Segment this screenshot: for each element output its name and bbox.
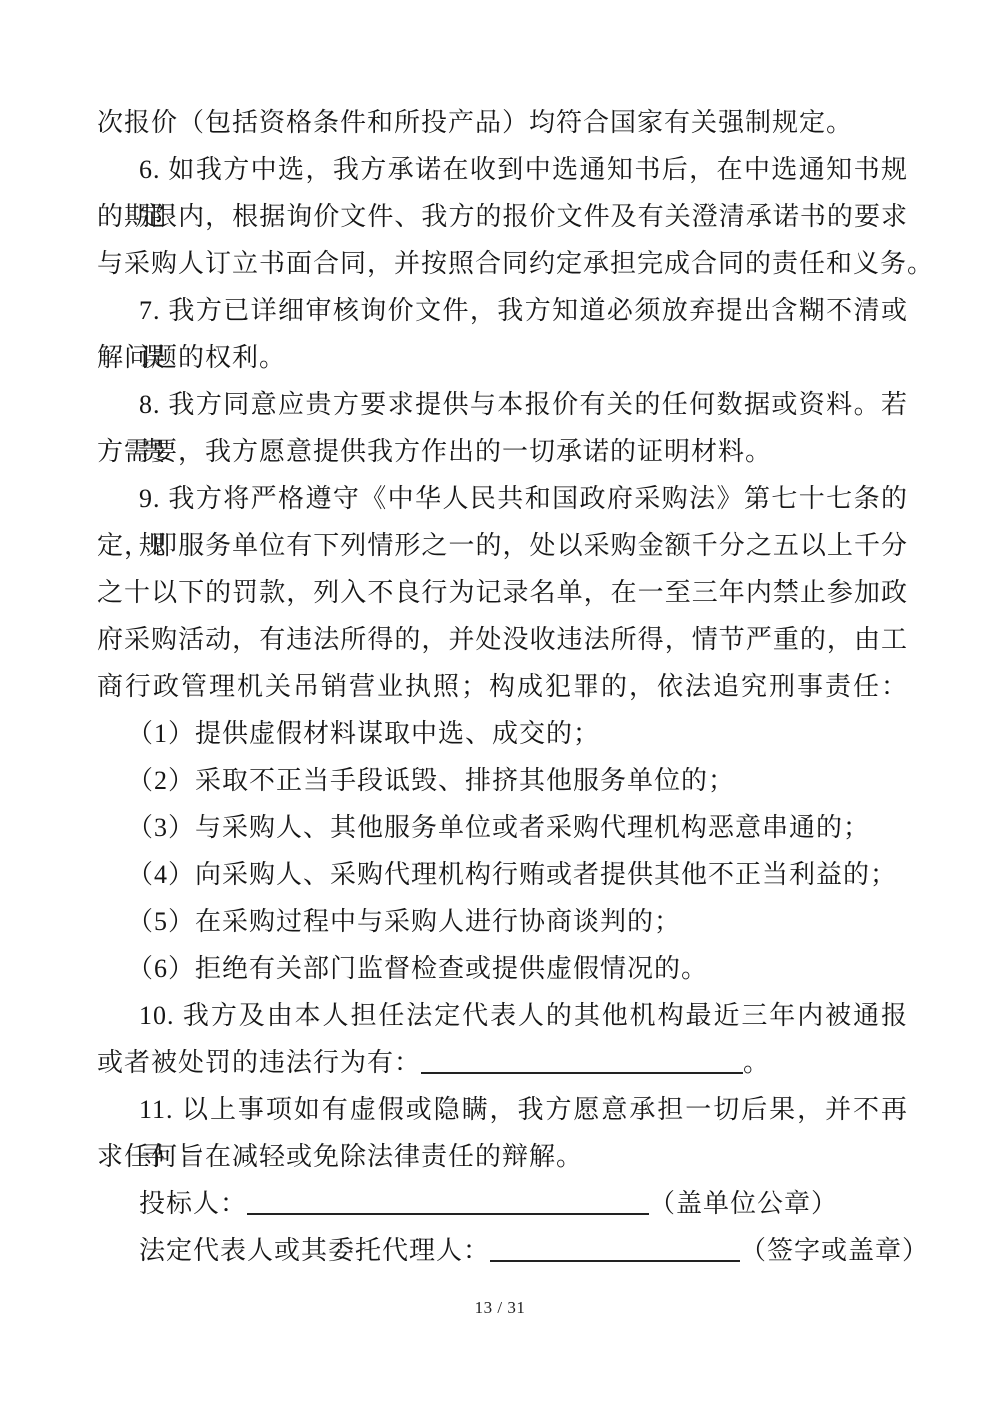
document-body: 次报价（包括资格条件和所投产品）均符合国家有关强制规定。 6. 如我方中选，我方… xyxy=(0,0,1000,1274)
violations-label: 或者被处罚的违法行为有： xyxy=(97,1048,421,1077)
doc-line-3: 的期限内，根据询价文件、我方的报价文件及有关澄清承诺书的要求 xyxy=(97,193,908,240)
doc-line-25-legal-rep-signature: 法定代表人或其委托代理人：（签字或盖章） xyxy=(97,1227,908,1274)
doc-line-11: 之十以下的罚款，列入不良行为记录名单，在一至三年内禁止参加政 xyxy=(97,569,908,616)
doc-line-16-subitem-3: （3）与采购人、其他服务单位或者采购代理机构恶意串通的； xyxy=(97,804,908,851)
doc-line-23: 求任何旨在减轻或免除法律责任的辩解。 xyxy=(97,1133,908,1180)
legal-rep-signature-underline xyxy=(490,1260,740,1262)
document-page: 次报价（包括资格条件和所投产品）均符合国家有关强制规定。 6. 如我方中选，我方… xyxy=(0,0,1000,1414)
legal-rep-label: 法定代表人或其委托代理人： xyxy=(139,1236,490,1265)
doc-line-6: 解问题的权利。 xyxy=(97,334,908,381)
doc-line-20-clause-10: 10. 我方及由本人担任法定代表人的其他机构最近三年内被通报 xyxy=(97,992,908,1039)
doc-line-18-subitem-5: （5）在采购过程中与采购人进行协商谈判的； xyxy=(97,898,908,945)
doc-line-15-subitem-2: （2）采取不正当手段诋毁、排挤其他服务单位的； xyxy=(97,757,908,804)
violations-period: 。 xyxy=(743,1048,770,1077)
bidder-seal-note: （盖单位公章） xyxy=(649,1189,838,1218)
bidder-signature-underline xyxy=(247,1213,649,1215)
doc-line-5-clause-7: 7. 我方已详细审核询价文件，我方知道必须放弃提出含糊不清或误 xyxy=(97,287,908,334)
doc-line-24-bidder-signature: 投标人：（盖单位公章） xyxy=(97,1180,908,1227)
doc-line-22-clause-11: 11. 以上事项如有虚假或隐瞒，我方愿意承担一切后果，并不再寻 xyxy=(97,1086,908,1133)
bidder-label: 投标人： xyxy=(139,1189,247,1218)
doc-line-7-clause-8: 8. 我方同意应贵方要求提供与本报价有关的任何数据或资料。若贵 xyxy=(97,381,908,428)
doc-line-10: 定，即服务单位有下列情形之一的，处以采购金额千分之五以上千分 xyxy=(97,522,908,569)
doc-line-14-subitem-1: （1）提供虚假材料谋取中选、成交的； xyxy=(97,710,908,757)
doc-line-12: 府采购活动，有违法所得的，并处没收违法所得，情节严重的，由工 xyxy=(97,616,908,663)
doc-line-4: 与采购人订立书面合同，并按照合同约定承担完成合同的责任和义务。 xyxy=(97,240,908,287)
doc-line-2-clause-6: 6. 如我方中选，我方承诺在收到中选通知书后，在中选通知书规定 xyxy=(97,146,908,193)
doc-line-9-clause-9: 9. 我方将严格遵守《中华人民共和国政府采购法》第七十七条的规 xyxy=(97,475,908,522)
doc-line-13: 商行政管理机关吊销营业执照；构成犯罪的，依法追究刑事责任： xyxy=(97,663,908,710)
doc-line-19-subitem-6: （6）拒绝有关部门监督检查或提供虚假情况的。 xyxy=(97,945,908,992)
violations-blank-underline xyxy=(421,1072,743,1074)
legal-rep-seal-note: （签字或盖章） xyxy=(740,1236,929,1265)
page-number: 13 / 31 xyxy=(0,1296,1000,1320)
doc-line-8: 方需要，我方愿意提供我方作出的一切承诺的证明材料。 xyxy=(97,428,908,475)
doc-line-21-violations-blank: 或者被处罚的违法行为有：。 xyxy=(97,1039,908,1086)
doc-line-17-subitem-4: （4）向采购人、采购代理机构行贿或者提供其他不正当利益的； xyxy=(97,851,908,898)
doc-line-1: 次报价（包括资格条件和所投产品）均符合国家有关强制规定。 xyxy=(97,99,908,146)
